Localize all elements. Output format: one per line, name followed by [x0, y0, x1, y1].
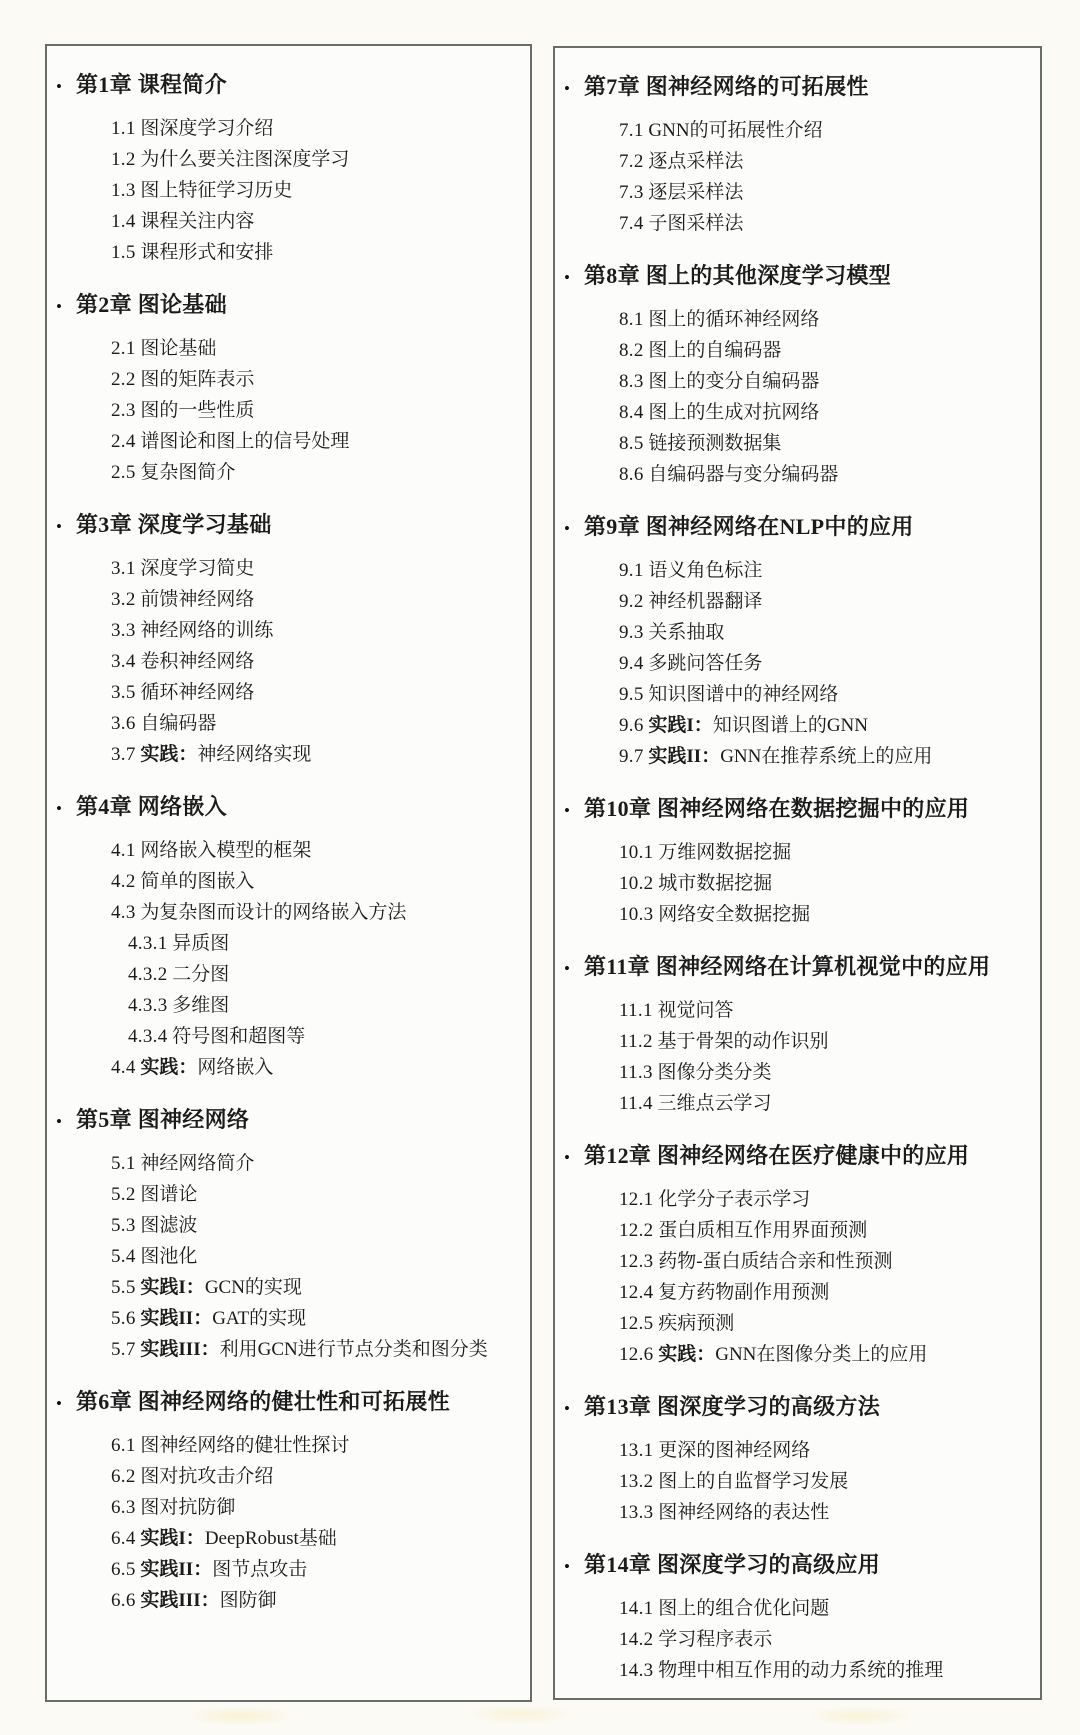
- bullet-icon: •: [47, 1394, 76, 1414]
- item-text: GAT的实现: [212, 1308, 306, 1329]
- item-number: 4.3.3: [128, 995, 168, 1016]
- toc-item: 6.4 实践I：DeepRobust基础: [47, 1523, 522, 1554]
- toc-item: 9.2 神经机器翻译: [555, 586, 1032, 617]
- toc-item: 9.7 实践II：GNN在推荐系统上的应用: [555, 741, 1032, 772]
- item-text: 图像分类分类: [658, 1062, 772, 1083]
- toc-item: 3.1 深度学习简史: [47, 553, 522, 584]
- item-text: 图对抗攻击介绍: [140, 1466, 273, 1487]
- chapter-title: 第10章 图神经网络在数据挖掘中的应用: [584, 796, 969, 822]
- item-number: 12.3: [619, 1251, 653, 1272]
- toc-item: 4.3.3 多维图: [47, 990, 522, 1021]
- toc-item: 6.3 图对抗防御: [47, 1492, 522, 1523]
- toc-item: 13.2 图上的自监督学习发展: [555, 1466, 1032, 1497]
- toc-item: 2.2 图的矩阵表示: [47, 364, 522, 395]
- item-number: 5.7: [111, 1339, 136, 1360]
- bullet-icon: •: [47, 799, 76, 819]
- practice-label: 实践：: [658, 1344, 715, 1365]
- item-number: 3.5: [111, 682, 136, 703]
- item-number: 7.3: [619, 182, 644, 203]
- item-text: 多跳问答任务: [648, 653, 762, 674]
- toc-item: 1.5 课程形式和安排: [47, 237, 522, 268]
- item-number: 9.4: [619, 653, 644, 674]
- item-text: DeepRobust基础: [205, 1528, 337, 1549]
- item-text: 神经网络实现: [197, 744, 311, 765]
- item-number: 4.3.2: [128, 964, 168, 985]
- chapter-heading: •第8章 图上的其他深度学习模型: [555, 263, 1032, 289]
- item-number: 13.1: [619, 1440, 653, 1461]
- item-text: 图上的组合优化问题: [658, 1598, 829, 1619]
- item-text: 图的矩阵表示: [140, 369, 254, 390]
- chapter: •第4章 网络嵌入4.1 网络嵌入模型的框架4.2 简单的图嵌入4.3 为复杂图…: [47, 794, 522, 1083]
- item-text: 物理中相互作用的动力系统的推理: [658, 1660, 943, 1681]
- item-number: 2.3: [111, 400, 136, 421]
- item-number: 6.6: [111, 1590, 136, 1611]
- item-number: 7.1: [619, 120, 644, 141]
- item-number: 2.2: [111, 369, 136, 390]
- item-text: 疾病预测: [658, 1313, 734, 1334]
- toc-item: 6.6 实践III：图防御: [47, 1585, 522, 1616]
- toc-item: 12.4 复方药物副作用预测: [555, 1277, 1032, 1308]
- item-text: 自编码器: [140, 713, 216, 734]
- toc-item: 3.4 卷积神经网络: [47, 646, 522, 677]
- chapter: •第5章 图神经网络5.1 神经网络简介5.2 图谱论5.3 图滤波5.4 图池…: [47, 1107, 522, 1365]
- chapter: •第7章 图神经网络的可拓展性7.1 GNN的可拓展性介绍7.2 逐点采样法7.…: [555, 74, 1032, 239]
- toc-item: 12.3 药物-蛋白质结合亲和性预测: [555, 1246, 1032, 1277]
- item-text: 图深度学习介绍: [140, 118, 273, 139]
- item-number: 8.5: [619, 433, 644, 454]
- chapter: •第2章 图论基础2.1 图论基础2.2 图的矩阵表示2.3 图的一些性质2.4…: [47, 292, 522, 488]
- practice-label: 实践I：: [140, 1528, 204, 1549]
- item-number: 12.5: [619, 1313, 653, 1334]
- item-text: 神经机器翻译: [648, 591, 762, 612]
- item-number: 3.7: [111, 744, 136, 765]
- item-text: GNN的可拓展性介绍: [648, 120, 822, 141]
- chapter-heading: •第10章 图神经网络在数据挖掘中的应用: [555, 796, 1032, 822]
- chapter-title: 第2章 图论基础: [76, 292, 227, 318]
- item-number: 13.3: [619, 1502, 653, 1523]
- item-number: 9.7: [619, 746, 644, 767]
- toc-item: 4.4 实践：网络嵌入: [47, 1052, 522, 1083]
- item-text: 深度学习简史: [140, 558, 254, 579]
- item-text: 图上的变分自编码器: [648, 371, 819, 392]
- practice-label: 实践III：: [140, 1590, 219, 1611]
- toc-item: 5.7 实践III：利用GCN进行节点分类和图分类: [47, 1334, 522, 1365]
- item-number: 8.6: [619, 464, 644, 485]
- item-text: 学习程序表示: [658, 1629, 772, 1650]
- item-number: 6.3: [111, 1497, 136, 1518]
- toc-item: 2.5 复杂图简介: [47, 457, 522, 488]
- item-number: 8.1: [619, 309, 644, 330]
- chapter-heading: •第14章 图深度学习的高级应用: [555, 1552, 1032, 1578]
- toc-item: 4.3.1 异质图: [47, 928, 522, 959]
- item-number: 11.2: [619, 1031, 653, 1052]
- item-text: 视觉问答: [658, 1000, 734, 1021]
- toc-item: 3.7 实践：神经网络实现: [47, 739, 522, 770]
- bullet-icon: •: [47, 517, 76, 537]
- practice-label: 实践I：: [140, 1277, 204, 1298]
- item-number: 14.3: [619, 1660, 653, 1681]
- toc-item: 1.2 为什么要关注图深度学习: [47, 144, 522, 175]
- item-number: 9.3: [619, 622, 644, 643]
- toc-item: 13.3 图神经网络的表达性: [555, 1497, 1032, 1528]
- toc-item: 2.3 图的一些性质: [47, 395, 522, 426]
- toc-item: 1.3 图上特征学习历史: [47, 175, 522, 206]
- item-text: 利用GCN进行节点分类和图分类: [220, 1339, 488, 1360]
- item-number: 9.6: [619, 715, 644, 736]
- toc-item: 1.1 图深度学习介绍: [47, 113, 522, 144]
- toc-item: 2.1 图论基础: [47, 333, 522, 364]
- chapter-heading: •第9章 图神经网络在NLP中的应用: [555, 514, 1032, 540]
- item-number: 9.5: [619, 684, 644, 705]
- chapter-heading: •第3章 深度学习基础: [47, 512, 522, 538]
- item-number: 7.4: [619, 213, 644, 234]
- chapter: •第14章 图深度学习的高级应用14.1 图上的组合优化问题14.2 学习程序表…: [555, 1552, 1032, 1686]
- toc-item: 9.4 多跳问答任务: [555, 648, 1032, 679]
- toc-item: 14.1 图上的组合优化问题: [555, 1593, 1032, 1624]
- toc-item: 4.3.4 符号图和超图等: [47, 1021, 522, 1052]
- item-text: 简单的图嵌入: [140, 871, 254, 892]
- toc-item: 13.1 更深的图神经网络: [555, 1435, 1032, 1466]
- item-text: 网络嵌入: [197, 1057, 273, 1078]
- toc-item: 9.3 关系抽取: [555, 617, 1032, 648]
- item-text: 卷积神经网络: [140, 651, 254, 672]
- item-number: 4.3: [111, 902, 136, 923]
- toc-item: 12.5 疾病预测: [555, 1308, 1032, 1339]
- item-number: 2.5: [111, 462, 136, 483]
- toc-item: 11.4 三维点云学习: [555, 1088, 1032, 1119]
- toc-item: 7.1 GNN的可拓展性介绍: [555, 115, 1032, 146]
- item-text: 图上的自编码器: [648, 340, 781, 361]
- toc-item: 8.4 图上的生成对抗网络: [555, 397, 1032, 428]
- item-text: 图论基础: [140, 338, 216, 359]
- chapter: •第6章 图神经网络的健壮性和可拓展性6.1 图神经网络的健壮性探讨6.2 图对…: [47, 1389, 522, 1616]
- item-number: 10.3: [619, 904, 653, 925]
- item-text: 自编码器与变分编码器: [648, 464, 838, 485]
- toc-item: 14.2 学习程序表示: [555, 1624, 1032, 1655]
- item-number: 4.4: [111, 1057, 136, 1078]
- toc-item: 7.3 逐层采样法: [555, 177, 1032, 208]
- item-number: 12.4: [619, 1282, 653, 1303]
- toc-item: 12.2 蛋白质相互作用界面预测: [555, 1215, 1032, 1246]
- toc-item: 9.6 实践I：知识图谱上的GNN: [555, 710, 1032, 741]
- chapter-title: 第3章 深度学习基础: [76, 512, 272, 538]
- item-text: 知识图谱中的神经网络: [648, 684, 838, 705]
- item-number: 5.4: [111, 1246, 136, 1267]
- item-number: 8.3: [619, 371, 644, 392]
- practice-label: 实践II：: [140, 1559, 212, 1580]
- practice-label: 实践：: [140, 1057, 197, 1078]
- toc-item: 6.1 图神经网络的健壮性探讨: [47, 1430, 522, 1461]
- item-number: 4.3.4: [128, 1026, 168, 1047]
- toc-item: 9.1 语义角色标注: [555, 555, 1032, 586]
- item-text: 基于骨架的动作识别: [658, 1031, 829, 1052]
- toc-page: •第1章 课程简介1.1 图深度学习介绍1.2 为什么要关注图深度学习1.3 图…: [0, 0, 1080, 1735]
- item-text: 异质图: [172, 933, 229, 954]
- chapter-heading: •第7章 图神经网络的可拓展性: [555, 74, 1032, 100]
- item-number: 1.5: [111, 242, 136, 263]
- item-number: 5.6: [111, 1308, 136, 1329]
- item-text: 复方药物副作用预测: [658, 1282, 829, 1303]
- chapter: •第8章 图上的其他深度学习模型8.1 图上的循环神经网络8.2 图上的自编码器…: [555, 263, 1032, 490]
- bullet-icon: •: [555, 268, 584, 288]
- item-number: 10.2: [619, 873, 653, 894]
- item-text: 关系抽取: [648, 622, 724, 643]
- item-number: 6.5: [111, 1559, 136, 1580]
- toc-item: 14.3 物理中相互作用的动力系统的推理: [555, 1655, 1032, 1686]
- toc-item: 10.2 城市数据挖掘: [555, 868, 1032, 899]
- item-number: 11.1: [619, 1000, 653, 1021]
- item-text: 循环神经网络: [140, 682, 254, 703]
- item-number: 7.2: [619, 151, 644, 172]
- item-number: 5.3: [111, 1215, 136, 1236]
- item-number: 4.1: [111, 840, 136, 861]
- toc-panel-left: •第1章 课程简介1.1 图深度学习介绍1.2 为什么要关注图深度学习1.3 图…: [45, 44, 532, 1702]
- item-text: 万维网数据挖掘: [658, 842, 791, 863]
- practice-label: 实践II：: [140, 1308, 212, 1329]
- chapter-title: 第13章 图深度学习的高级方法: [584, 1394, 880, 1420]
- item-text: 图的一些性质: [140, 400, 254, 421]
- bullet-icon: •: [555, 519, 584, 539]
- item-text: GNN在图像分类上的应用: [715, 1344, 927, 1365]
- item-number: 6.2: [111, 1466, 136, 1487]
- item-text: 图防御: [220, 1590, 277, 1611]
- item-text: 课程形式和安排: [140, 242, 273, 263]
- bullet-icon: •: [47, 77, 76, 97]
- chapter: •第10章 图神经网络在数据挖掘中的应用10.1 万维网数据挖掘10.2 城市数…: [555, 796, 1032, 930]
- toc-item: 5.6 实践II：GAT的实现: [47, 1303, 522, 1334]
- chapter-heading: •第4章 网络嵌入: [47, 794, 522, 820]
- toc-item: 2.4 谱图论和图上的信号处理: [47, 426, 522, 457]
- item-text: 图滤波: [140, 1215, 197, 1236]
- item-text: 神经网络的训练: [140, 620, 273, 641]
- item-text: 前馈神经网络: [140, 589, 254, 610]
- item-text: 网络安全数据挖掘: [658, 904, 810, 925]
- toc-item: 1.4 课程关注内容: [47, 206, 522, 237]
- item-text: 复杂图简介: [140, 462, 235, 483]
- toc-item: 11.1 视觉问答: [555, 995, 1032, 1026]
- practice-label: 实践III：: [140, 1339, 219, 1360]
- item-text: 药物-蛋白质结合亲和性预测: [658, 1251, 892, 1272]
- item-text: 链接预测数据集: [648, 433, 781, 454]
- item-text: 二分图: [172, 964, 229, 985]
- chapter-title: 第9章 图神经网络在NLP中的应用: [584, 514, 914, 540]
- item-number: 11.3: [619, 1062, 653, 1083]
- item-number: 8.2: [619, 340, 644, 361]
- toc-item: 4.1 网络嵌入模型的框架: [47, 835, 522, 866]
- toc-item: 10.3 网络安全数据挖掘: [555, 899, 1032, 930]
- item-number: 1.3: [111, 180, 136, 201]
- chapter-title: 第1章 课程简介: [76, 72, 227, 98]
- item-text: 谱图论和图上的信号处理: [140, 431, 349, 452]
- chapter-heading: •第11章 图神经网络在计算机视觉中的应用: [555, 954, 1032, 980]
- item-text: GCN的实现: [205, 1277, 302, 1298]
- toc-item: 7.4 子图采样法: [555, 208, 1032, 239]
- chapter: •第13章 图深度学习的高级方法13.1 更深的图神经网络13.2 图上的自监督…: [555, 1394, 1032, 1528]
- toc-item: 4.2 简单的图嵌入: [47, 866, 522, 897]
- item-number: 8.4: [619, 402, 644, 423]
- item-number: 12.6: [619, 1344, 653, 1365]
- toc-item: 4.3.2 二分图: [47, 959, 522, 990]
- chapter-heading: •第5章 图神经网络: [47, 1107, 522, 1133]
- item-number: 3.6: [111, 713, 136, 734]
- item-number: 11.4: [619, 1093, 653, 1114]
- item-text: 图神经网络的表达性: [658, 1502, 829, 1523]
- toc-item: 9.5 知识图谱中的神经网络: [555, 679, 1032, 710]
- toc-item: 3.5 循环神经网络: [47, 677, 522, 708]
- item-number: 3.1: [111, 558, 136, 579]
- toc-item: 8.2 图上的自编码器: [555, 335, 1032, 366]
- toc-panel-right: •第7章 图神经网络的可拓展性7.1 GNN的可拓展性介绍7.2 逐点采样法7.…: [553, 46, 1042, 1700]
- toc-item: 5.4 图池化: [47, 1241, 522, 1272]
- toc-item: 6.5 实践II：图节点攻击: [47, 1554, 522, 1585]
- item-number: 12.2: [619, 1220, 653, 1241]
- toc-item: 3.3 神经网络的训练: [47, 615, 522, 646]
- item-text: 课程关注内容: [140, 211, 254, 232]
- item-text: 城市数据挖掘: [658, 873, 772, 894]
- item-text: 语义角色标注: [648, 560, 762, 581]
- chapter-title: 第7章 图神经网络的可拓展性: [584, 74, 869, 100]
- chapter-title: 第12章 图神经网络在医疗健康中的应用: [584, 1143, 969, 1169]
- item-text: 逐层采样法: [648, 182, 743, 203]
- item-number: 9.1: [619, 560, 644, 581]
- item-text: 子图采样法: [648, 213, 743, 234]
- item-number: 5.5: [111, 1277, 136, 1298]
- item-number: 12.1: [619, 1189, 653, 1210]
- item-text: 符号图和超图等: [172, 1026, 305, 1047]
- item-number: 4.3.1: [128, 933, 168, 954]
- item-text: 为什么要关注图深度学习: [140, 149, 349, 170]
- toc-item: 8.3 图上的变分自编码器: [555, 366, 1032, 397]
- item-text: 为复杂图而设计的网络嵌入方法: [140, 902, 406, 923]
- item-number: 1.4: [111, 211, 136, 232]
- item-number: 9.2: [619, 591, 644, 612]
- chapter-heading: •第12章 图神经网络在医疗健康中的应用: [555, 1143, 1032, 1169]
- toc-item: 3.6 自编码器: [47, 708, 522, 739]
- item-text: 图上特征学习历史: [140, 180, 292, 201]
- bullet-icon: •: [555, 1148, 584, 1168]
- toc-item: 5.5 实践I：GCN的实现: [47, 1272, 522, 1303]
- item-text: 图谱论: [140, 1184, 197, 1205]
- chapter: •第11章 图神经网络在计算机视觉中的应用11.1 视觉问答11.2 基于骨架的…: [555, 954, 1032, 1119]
- item-number: 5.1: [111, 1153, 136, 1174]
- item-text: 蛋白质相互作用界面预测: [658, 1220, 867, 1241]
- item-number: 14.2: [619, 1629, 653, 1650]
- item-number: 2.1: [111, 338, 136, 359]
- chapter-title: 第11章 图神经网络在计算机视觉中的应用: [584, 954, 990, 980]
- bullet-icon: •: [47, 297, 76, 317]
- item-text: 图节点攻击: [212, 1559, 307, 1580]
- toc-item: 12.1 化学分子表示学习: [555, 1184, 1032, 1215]
- item-text: 图对抗防御: [140, 1497, 235, 1518]
- toc-item: 5.3 图滤波: [47, 1210, 522, 1241]
- bullet-icon: •: [555, 1557, 584, 1577]
- toc-item: 8.1 图上的循环神经网络: [555, 304, 1032, 335]
- chapter: •第12章 图神经网络在医疗健康中的应用12.1 化学分子表示学习12.2 蛋白…: [555, 1143, 1032, 1370]
- practice-label: 实践I：: [648, 715, 712, 736]
- item-number: 4.2: [111, 871, 136, 892]
- item-text: 更深的图神经网络: [658, 1440, 810, 1461]
- chapter-title: 第6章 图神经网络的健壮性和可拓展性: [76, 1389, 450, 1415]
- chapter-title: 第8章 图上的其他深度学习模型: [584, 263, 891, 289]
- item-number: 13.2: [619, 1471, 653, 1492]
- bullet-icon: •: [555, 959, 584, 979]
- chapter-heading: •第13章 图深度学习的高级方法: [555, 1394, 1032, 1420]
- toc-item: 7.2 逐点采样法: [555, 146, 1032, 177]
- toc-item: 6.2 图对抗攻击介绍: [47, 1461, 522, 1492]
- item-number: 10.1: [619, 842, 653, 863]
- item-number: 14.1: [619, 1598, 653, 1619]
- item-text: 图池化: [140, 1246, 197, 1267]
- item-text: 知识图谱上的GNN: [713, 715, 868, 736]
- toc-item: 8.6 自编码器与变分编码器: [555, 459, 1032, 490]
- item-text: 图上的自监督学习发展: [658, 1471, 848, 1492]
- item-number: 2.4: [111, 431, 136, 452]
- toc-item: 3.2 前馈神经网络: [47, 584, 522, 615]
- item-number: 6.4: [111, 1528, 136, 1549]
- bullet-icon: •: [47, 1112, 76, 1132]
- toc-item: 5.1 神经网络简介: [47, 1148, 522, 1179]
- item-number: 3.3: [111, 620, 136, 641]
- chapter: •第1章 课程简介1.1 图深度学习介绍1.2 为什么要关注图深度学习1.3 图…: [47, 72, 522, 268]
- item-number: 1.2: [111, 149, 136, 170]
- toc-item: 4.3 为复杂图而设计的网络嵌入方法: [47, 897, 522, 928]
- item-text: 化学分子表示学习: [658, 1189, 810, 1210]
- practice-label: 实践II：: [648, 746, 720, 767]
- item-number: 5.2: [111, 1184, 136, 1205]
- item-text: 逐点采样法: [648, 151, 743, 172]
- chapter: •第3章 深度学习基础3.1 深度学习简史3.2 前馈神经网络3.3 神经网络的…: [47, 512, 522, 770]
- toc-item: 10.1 万维网数据挖掘: [555, 837, 1032, 868]
- toc-item: 5.2 图谱论: [47, 1179, 522, 1210]
- chapter: •第9章 图神经网络在NLP中的应用9.1 语义角色标注9.2 神经机器翻译9.…: [555, 514, 1032, 772]
- chapter-title: 第4章 网络嵌入: [76, 794, 227, 820]
- item-text: 图神经网络的健壮性探讨: [140, 1435, 349, 1456]
- item-text: 多维图: [172, 995, 229, 1016]
- item-number: 3.4: [111, 651, 136, 672]
- toc-item: 11.3 图像分类分类: [555, 1057, 1032, 1088]
- practice-label: 实践：: [140, 744, 197, 765]
- bullet-icon: •: [555, 801, 584, 821]
- item-number: 6.1: [111, 1435, 136, 1456]
- item-text: GNN在推荐系统上的应用: [720, 746, 932, 767]
- chapter-heading: •第2章 图论基础: [47, 292, 522, 318]
- chapter-heading: •第1章 课程简介: [47, 72, 522, 98]
- toc-item: 8.5 链接预测数据集: [555, 428, 1032, 459]
- bullet-icon: •: [555, 1399, 584, 1419]
- toc-item: 11.2 基于骨架的动作识别: [555, 1026, 1032, 1057]
- item-text: 网络嵌入模型的框架: [140, 840, 311, 861]
- bullet-icon: •: [555, 79, 584, 99]
- toc-item: 12.6 实践：GNN在图像分类上的应用: [555, 1339, 1032, 1370]
- item-number: 1.1: [111, 118, 136, 139]
- item-text: 神经网络简介: [140, 1153, 254, 1174]
- chapter-title: 第14章 图深度学习的高级应用: [584, 1552, 880, 1578]
- item-number: 3.2: [111, 589, 136, 610]
- item-text: 三维点云学习: [658, 1093, 772, 1114]
- item-text: 图上的循环神经网络: [648, 309, 819, 330]
- chapter-heading: •第6章 图神经网络的健壮性和可拓展性: [47, 1389, 522, 1415]
- chapter-title: 第5章 图神经网络: [76, 1107, 249, 1133]
- item-text: 图上的生成对抗网络: [648, 402, 819, 423]
